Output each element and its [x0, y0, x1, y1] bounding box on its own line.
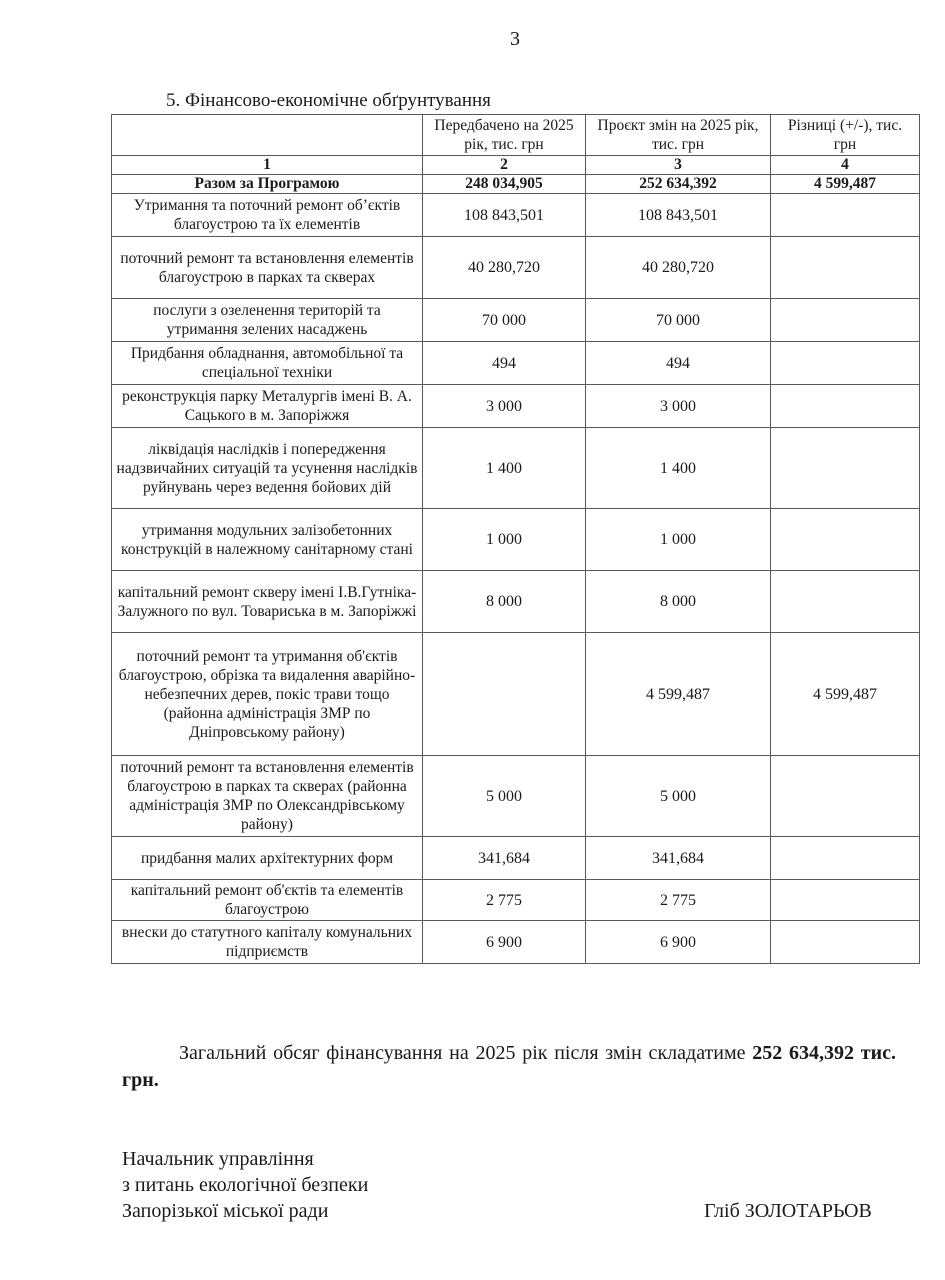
total-planned: 248 034,905	[423, 175, 586, 194]
total-label: Разом за Програмою	[112, 175, 423, 194]
table-row: капітальний ремонт об'єктів та елементів…	[112, 880, 920, 921]
total-proposed: 252 634,392	[586, 175, 771, 194]
summary-text: Загальний обсяг фінансування на 2025 рік…	[179, 1042, 752, 1064]
row-label: поточний ремонт та утримання об'єктів бл…	[112, 633, 423, 756]
table-row: ліквідація наслідків і попередження надз…	[112, 428, 920, 509]
row-difference	[771, 756, 920, 837]
row-planned: 1 400	[423, 428, 586, 509]
row-label: Придбання обладнання, автомобільної та с…	[112, 342, 423, 385]
row-proposed: 341,684	[586, 837, 771, 880]
header-cell-difference: Різниці (+/-), тис. грн	[771, 115, 920, 156]
header-cell-planned: Передбачено на 2025 рік, тис. грн	[423, 115, 586, 156]
column-number: 3	[586, 156, 771, 175]
row-difference	[771, 385, 920, 428]
row-planned	[423, 633, 586, 756]
table-row: капітальний ремонт скверу імені І.В.Гутн…	[112, 571, 920, 633]
row-difference	[771, 342, 920, 385]
signatory-position: Начальник управління з питань екологічно…	[122, 1146, 368, 1224]
row-label: ліквідація наслідків і попередження надз…	[112, 428, 423, 509]
table-row: послуги з озеленення територій та утрима…	[112, 299, 920, 342]
row-proposed: 8 000	[586, 571, 771, 633]
position-line: Запорізької міської ради	[122, 1198, 368, 1224]
position-line: Начальник управління	[122, 1146, 368, 1172]
row-difference	[771, 237, 920, 299]
row-label: внески до статутного капіталу комунальни…	[112, 921, 423, 964]
row-proposed: 4 599,487	[586, 633, 771, 756]
position-line: з питань екологічної безпеки	[122, 1172, 368, 1198]
row-difference	[771, 571, 920, 633]
row-planned: 3 000	[423, 385, 586, 428]
row-planned: 494	[423, 342, 586, 385]
header-cell-proposed: Проєкт змін на 2025 рік, тис. грн	[586, 115, 771, 156]
row-proposed: 1 000	[586, 509, 771, 571]
total-difference: 4 599,487	[771, 175, 920, 194]
table-row: утримання модульних залізобетонних конст…	[112, 509, 920, 571]
column-number-row: 1 2 3 4	[112, 156, 920, 175]
row-label: реконструкція парку Металургів імені В. …	[112, 385, 423, 428]
row-difference	[771, 299, 920, 342]
table-header-row: Передбачено на 2025 рік, тис. грн Проєкт…	[112, 115, 920, 156]
financing-summary: Загальний обсяг фінансування на 2025 рік…	[122, 1040, 896, 1094]
total-row: Разом за Програмою 248 034,905 252 634,3…	[112, 175, 920, 194]
row-proposed: 5 000	[586, 756, 771, 837]
financial-table: Передбачено на 2025 рік, тис. грн Проєкт…	[111, 114, 920, 964]
row-planned: 5 000	[423, 756, 586, 837]
table-row: внески до статутного капіталу комунальни…	[112, 921, 920, 964]
row-difference	[771, 194, 920, 237]
row-difference	[771, 509, 920, 571]
row-proposed: 70 000	[586, 299, 771, 342]
section-title: 5. Фінансово-економічне обґрунтування	[166, 90, 491, 112]
row-proposed: 3 000	[586, 385, 771, 428]
signatory-name: Гліб ЗОЛОТАРЬОВ	[704, 1198, 872, 1224]
row-proposed: 1 400	[586, 428, 771, 509]
row-label: Утримання та поточний ремонт об’єктів бл…	[112, 194, 423, 237]
row-planned: 341,684	[423, 837, 586, 880]
row-planned: 1 000	[423, 509, 586, 571]
row-label: послуги з озеленення територій та утрима…	[112, 299, 423, 342]
table-row: поточний ремонт та утримання об'єктів бл…	[112, 633, 920, 756]
row-label: поточний ремонт та встановлення елементі…	[112, 237, 423, 299]
column-number: 1	[112, 156, 423, 175]
row-proposed: 6 900	[586, 921, 771, 964]
row-planned: 40 280,720	[423, 237, 586, 299]
page-number: 3	[0, 28, 945, 51]
row-difference	[771, 921, 920, 964]
table-row: поточний ремонт та встановлення елементі…	[112, 756, 920, 837]
row-proposed: 2 775	[586, 880, 771, 921]
row-difference	[771, 880, 920, 921]
column-number: 2	[423, 156, 586, 175]
row-planned: 2 775	[423, 880, 586, 921]
row-label: капітальний ремонт об'єктів та елементів…	[112, 880, 423, 921]
row-planned: 108 843,501	[423, 194, 586, 237]
table-row: Утримання та поточний ремонт об’єктів бл…	[112, 194, 920, 237]
row-label: капітальний ремонт скверу імені І.В.Гутн…	[112, 571, 423, 633]
column-number: 4	[771, 156, 920, 175]
row-proposed: 494	[586, 342, 771, 385]
row-difference	[771, 428, 920, 509]
row-planned: 8 000	[423, 571, 586, 633]
table-row: реконструкція парку Металургів імені В. …	[112, 385, 920, 428]
table-row: придбання малих архітектурних форм341,68…	[112, 837, 920, 880]
header-cell-item	[112, 115, 423, 156]
row-label: утримання модульних залізобетонних конст…	[112, 509, 423, 571]
row-label: придбання малих архітектурних форм	[112, 837, 423, 880]
row-planned: 6 900	[423, 921, 586, 964]
row-difference: 4 599,487	[771, 633, 920, 756]
table-row: Придбання обладнання, автомобільної та с…	[112, 342, 920, 385]
row-planned: 70 000	[423, 299, 586, 342]
row-difference	[771, 837, 920, 880]
row-proposed: 108 843,501	[586, 194, 771, 237]
row-label: поточний ремонт та встановлення елементі…	[112, 756, 423, 837]
row-proposed: 40 280,720	[586, 237, 771, 299]
table-row: поточний ремонт та встановлення елементі…	[112, 237, 920, 299]
